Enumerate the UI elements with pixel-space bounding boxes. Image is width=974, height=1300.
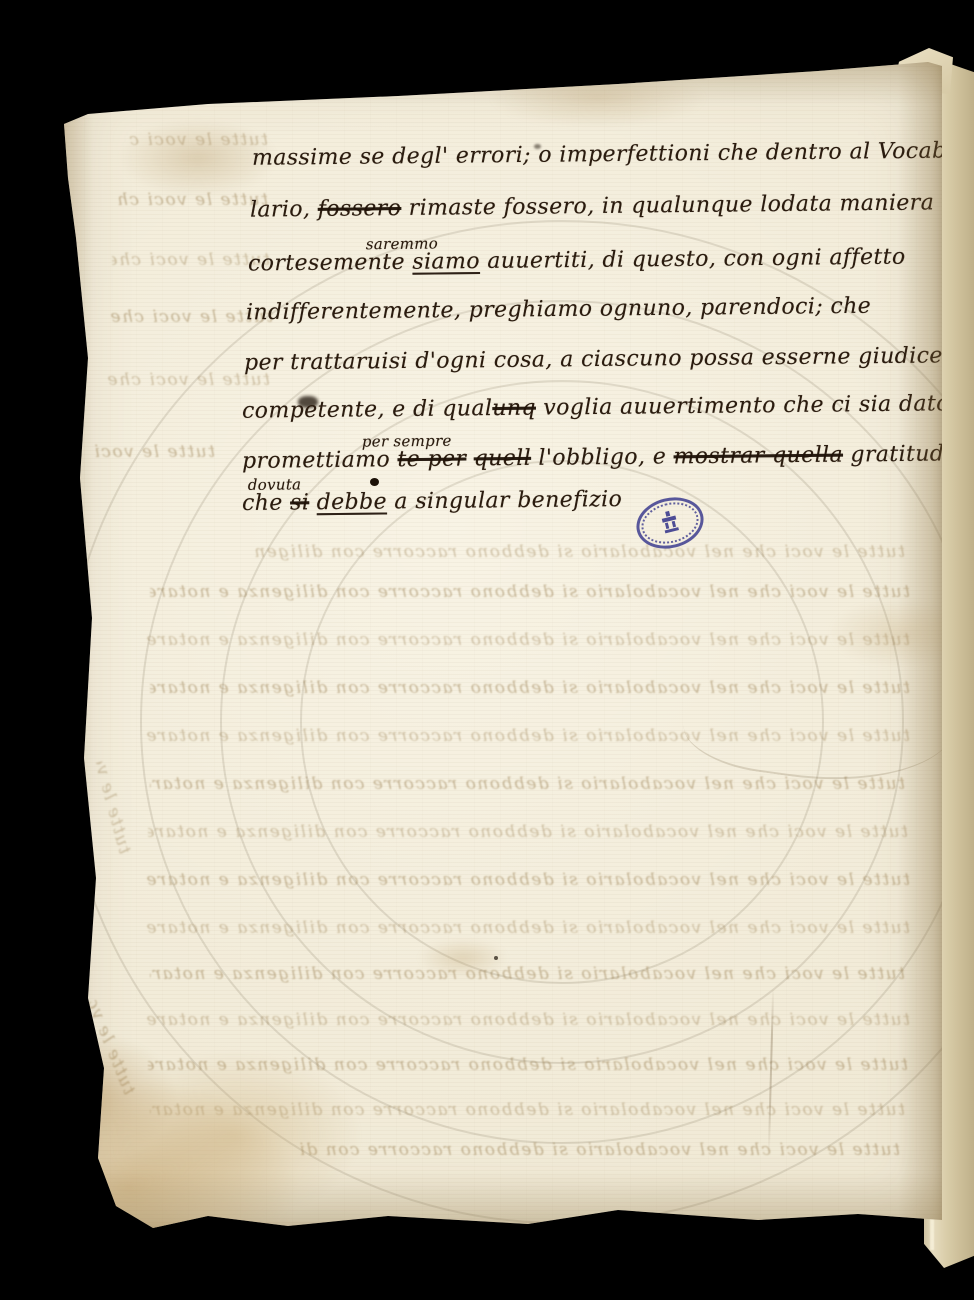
manuscript-photograph: tutte le voci che nel vocabolario si deb… (0, 0, 974, 1300)
manuscript-page: tutte le voci che nel vocabolario si deb… (58, 58, 942, 1230)
page-edge-shading (58, 58, 942, 1230)
